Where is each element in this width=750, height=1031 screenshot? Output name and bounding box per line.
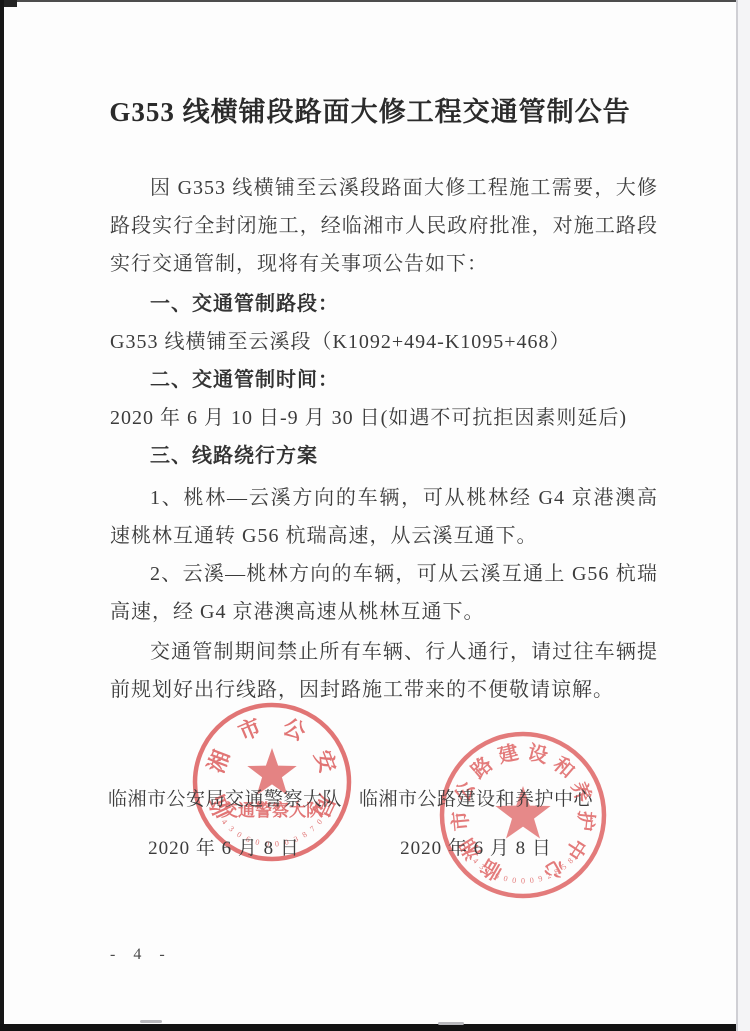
scan-edge-right-fade <box>738 0 750 1031</box>
svg-text:设: 设 <box>525 741 550 768</box>
page-number: - 4 - <box>110 946 172 964</box>
svg-text:0: 0 <box>512 876 517 885</box>
closing-paragraph: 交通管制期间禁止所有车辆、行人通行，请过往车辆提前规划好出行线路，因封路施工带来… <box>110 633 658 709</box>
svg-text:湘: 湘 <box>203 747 234 777</box>
svg-text:8: 8 <box>553 867 561 877</box>
section1-text: G353 线横铺至云溪段（K1092+494-K1095+468） <box>110 323 658 361</box>
svg-text:0: 0 <box>485 867 493 877</box>
scan-smudge <box>438 1022 464 1025</box>
signature-org-name: 临湘市公路建设和养护中心 <box>352 788 600 812</box>
detour-paragraph-2: 2、云溪—桃林方向的车辆，可从云溪互通上 G56 杭瑞高速，经 G4 京港澳高速… <box>110 555 658 631</box>
svg-text:5: 5 <box>560 862 569 872</box>
svg-text:路: 路 <box>466 752 497 783</box>
page-title: G353 线横铺段路面大修工程交通管制公告 <box>60 90 680 129</box>
svg-text:0: 0 <box>521 877 525 886</box>
detour-paragraph-1: 1、桃林—云溪方向的车辆，可从桃林经 G4 京港澳高速桃林互通转 G56 杭瑞高… <box>110 479 658 555</box>
signature-org-name: 临湘市公安局交通警察大队 <box>108 788 340 812</box>
signature-road-center: 临湘市公路建设和养护中心 2020 年 6 月 8 日 <box>352 788 600 860</box>
signature-date: 2020 年 6 月 8 日 <box>108 833 340 860</box>
svg-text:建: 建 <box>496 740 521 768</box>
scan-edge-right-line <box>736 0 738 1031</box>
scan-edge-top <box>0 0 750 2</box>
scan-smudge <box>140 1020 162 1023</box>
signature-police: 临湘市公安局交通警察大队 2020 年 6 月 8 日 <box>108 788 340 860</box>
svg-text:0: 0 <box>529 876 534 885</box>
scanned-notice-page: G353 线横铺段路面大修工程交通管制公告 因 G353 线横铺至云溪段路面大修… <box>0 0 750 1031</box>
scan-edge-bottom <box>0 1024 750 1031</box>
section1-heading: 一、交通管制路段： <box>110 285 658 323</box>
svg-text:2: 2 <box>545 871 552 881</box>
svg-text:6: 6 <box>494 871 501 881</box>
notice-body: 因 G353 线横铺至云溪段路面大修工程施工需要，大修路段实行全封闭施工，经临湘… <box>110 169 658 709</box>
svg-text:0: 0 <box>502 874 508 884</box>
svg-text:和: 和 <box>549 752 580 783</box>
svg-text:市: 市 <box>235 714 265 746</box>
svg-text:安: 安 <box>310 747 341 777</box>
scan-edge-left <box>0 0 4 1031</box>
svg-text:3: 3 <box>478 862 487 872</box>
svg-text:公: 公 <box>279 714 310 746</box>
intro-paragraph: 因 G353 线横铺至云溪段路面大修工程施工需要，大修路段实行全封闭施工，经临湘… <box>110 169 658 283</box>
section2-heading: 二、交通管制时间： <box>110 361 658 399</box>
section2-text: 2020 年 6 月 10 日-9 月 30 日(如遇不可抗拒因素则延后) <box>110 399 658 437</box>
section3-heading: 三、线路绕行方案 <box>110 437 658 475</box>
svg-text:9: 9 <box>537 874 543 884</box>
signature-date: 2020 年 6 月 8 日 <box>352 833 600 860</box>
